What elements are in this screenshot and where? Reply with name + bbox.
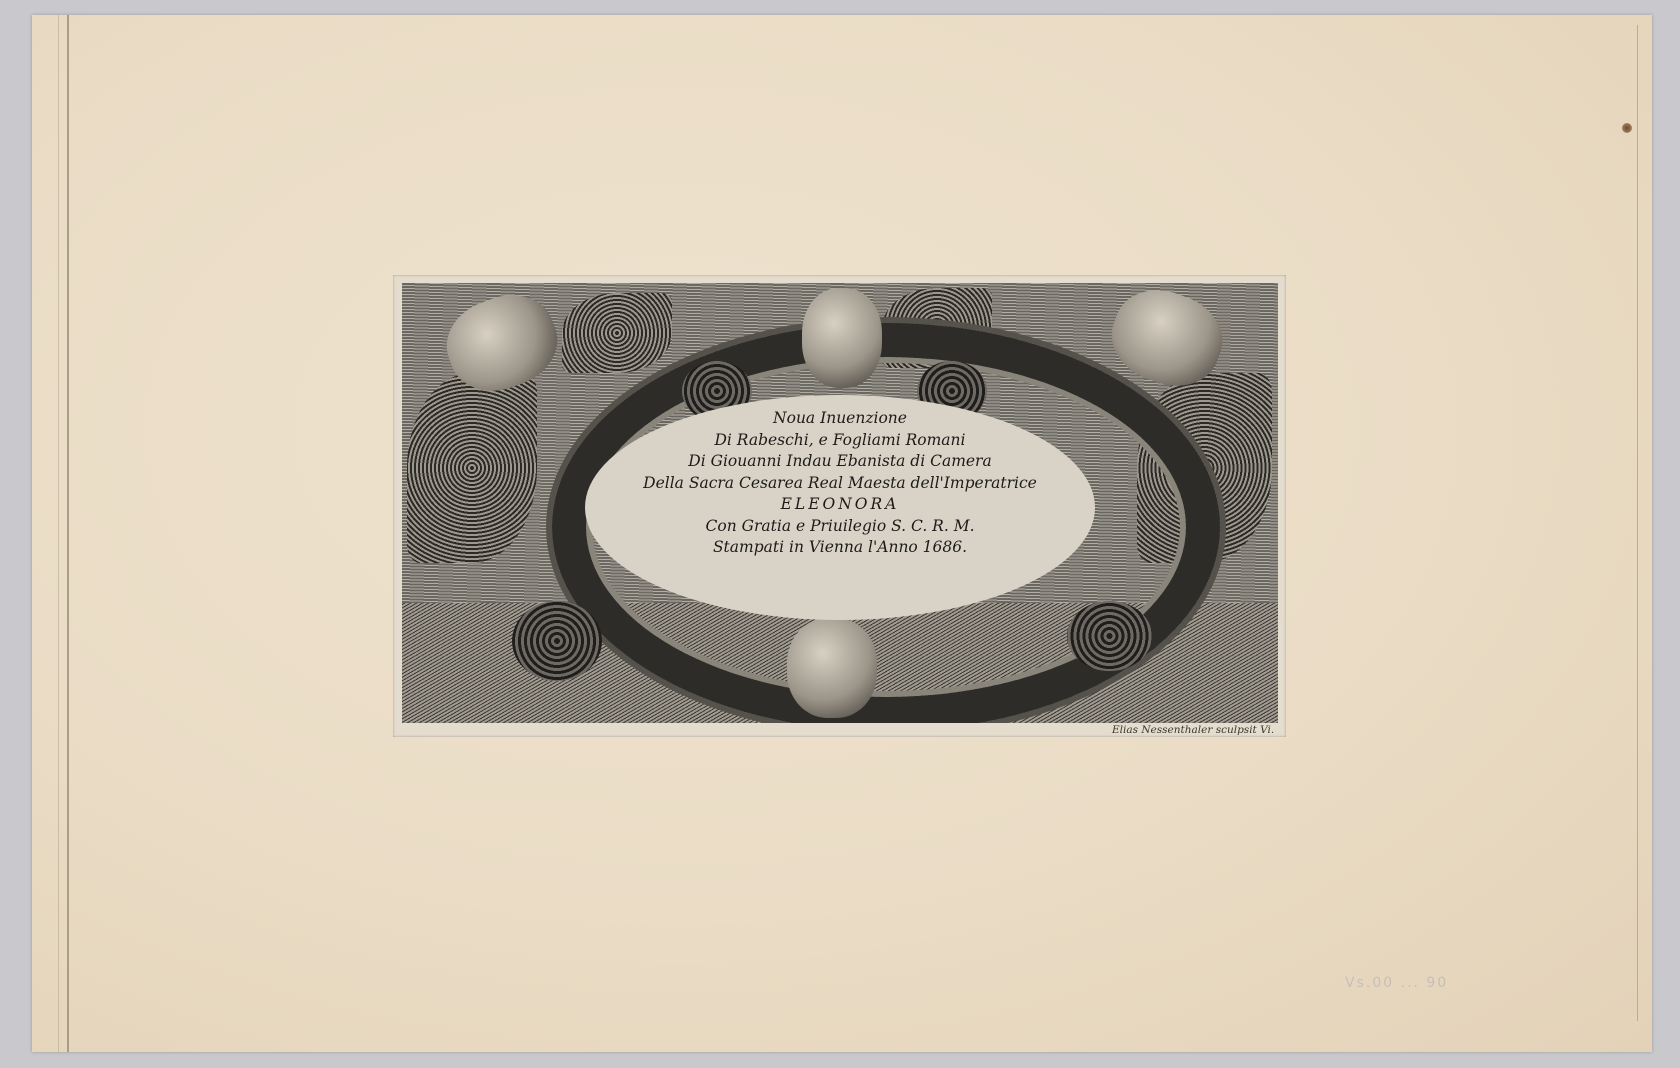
flower-bouquet-bottom-right — [1067, 601, 1152, 671]
acanthus-top-left — [562, 293, 672, 373]
inscription-line-5: ELEONORA — [585, 494, 1095, 516]
foxing-stain — [1622, 123, 1632, 133]
right-edge-fold — [1637, 25, 1638, 1021]
flower-bouquet-bottom-left — [512, 601, 602, 681]
pencil-annotation: Vs.00 ... 90 — [1345, 975, 1448, 991]
cherub-bottom-center — [787, 618, 877, 718]
engraving-image: Noua Inuenzione Di Rabeschi, e Fogliami … — [402, 283, 1278, 723]
cherub-top-center — [802, 288, 882, 388]
acanthus-scroll-left — [407, 373, 537, 563]
inscription-line-4: Della Sacra Cesarea Real Maesta dell'Imp… — [585, 473, 1095, 495]
inscription-line-6: Con Gratia e Priuilegio S. C. R. M. — [585, 516, 1095, 538]
inscription-line-2: Di Rabeschi, e Fogliami Romani — [585, 430, 1095, 452]
engraver-signature: Elias Nessenthaler sculpsit Vi. — [1112, 724, 1274, 736]
inscription-line-7: Stampati in Vienna l'Anno 1686. — [585, 537, 1095, 559]
spine-fold — [67, 15, 69, 1052]
inscription-line-3: Di Giouanni Indau Ebanista di Camera — [585, 451, 1095, 473]
inscription-line-1: Noua Inuenzione — [585, 408, 1095, 430]
paper-edge-line — [58, 15, 59, 1052]
title-inscription: Noua Inuenzione Di Rabeschi, e Fogliami … — [585, 408, 1095, 559]
